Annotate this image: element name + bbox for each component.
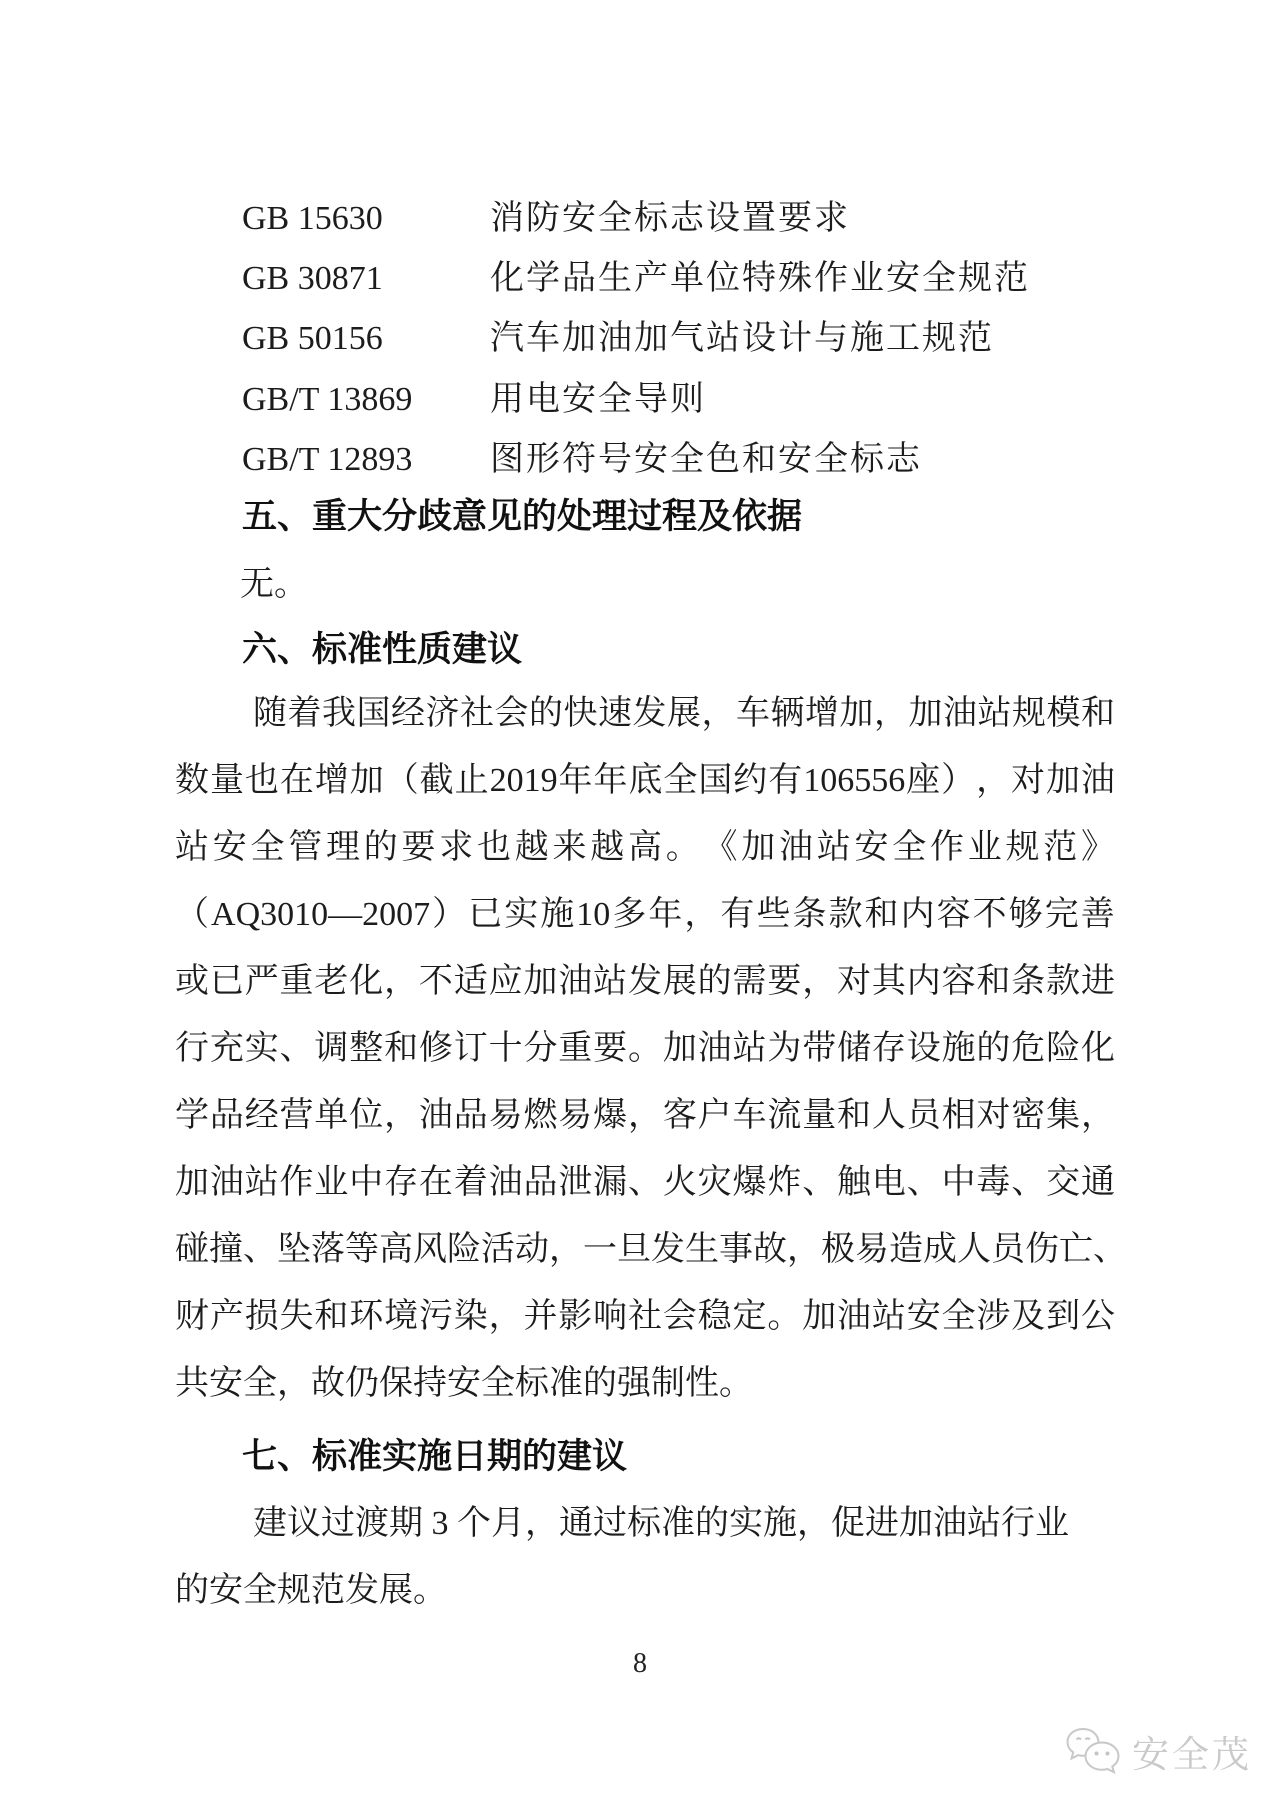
paragraph-line: 共安全，故仍保持安全标准的强制性。 <box>175 1360 1115 1408</box>
section7-heading: 七、标准实施日期的建议 <box>242 1433 627 1481</box>
document-page: GB 15630 消防安全标志设置要求 GB 30871 化学品生产单位特殊作业… <box>0 0 1280 1810</box>
standard-code: GB 50156 <box>242 315 383 363</box>
standard-title: 图形符号安全色和安全标志 <box>490 436 922 484</box>
paragraph-line: 的安全规范发展。 <box>175 1567 1115 1615</box>
section6-heading: 六、标准性质建议 <box>242 626 522 674</box>
paragraph-line: 建议过渡期 3 个月，通过标准的实施，促进加油站行业 <box>175 1500 1115 1548</box>
standard-title: 汽车加油加气站设计与施工规范 <box>490 315 994 363</box>
paragraph-line: 行充实、调整和修订十分重要。加油站为带储存设施的危险化 <box>175 1025 1115 1073</box>
page-number: 8 <box>0 1648 1280 1680</box>
paragraph-line: 加油站作业中存在着油品泄漏、火灾爆炸、触电、中毒、交通 <box>175 1159 1115 1207</box>
paragraph-line: 财产损失和环境污染，并影响社会稳定。加油站安全涉及到公 <box>175 1293 1115 1341</box>
standard-code: GB 15630 <box>242 195 383 243</box>
paragraph-line: （AQ3010—2007）已实施10多年，有些条款和内容不够完善 <box>175 891 1115 939</box>
paragraph-line: 或已严重老化，不适应加油站发展的需要，对其内容和条款进 <box>175 958 1115 1006</box>
standard-code: GB/T 13869 <box>242 376 412 424</box>
section5-heading: 五、重大分歧意见的处理过程及依据 <box>242 493 802 541</box>
paragraph-line: 数量也在增加（截止2019年年底全国约有106556座），对加油 <box>175 757 1115 805</box>
standard-code: GB/T 12893 <box>242 436 412 484</box>
section5-body: 无。 <box>175 561 1115 609</box>
standard-title: 消防安全标志设置要求 <box>490 195 850 243</box>
standard-title: 用电安全导则 <box>490 376 706 424</box>
watermark-brand: 安全茂 <box>1132 1724 1252 1778</box>
paragraph-line: 站安全管理的要求也越来越高。《加油站安全作业规范》 <box>175 824 1115 872</box>
standard-title: 化学品生产单位特殊作业安全规范 <box>490 255 1030 303</box>
paragraph-line: 随着我国经济社会的快速发展，车辆增加，加油站规模和 <box>175 690 1115 738</box>
paragraph-line: 学品经营单位，油品易燃易爆，客户车流量和人员相对密集， <box>175 1092 1115 1140</box>
watermark: 安全茂 <box>1064 1724 1252 1778</box>
standard-code: GB 30871 <box>242 255 383 303</box>
paragraph-line: 碰撞、坠落等高风险活动，一旦发生事故，极易造成人员伤亡、 <box>175 1226 1115 1274</box>
wechat-bubbles-icon <box>1064 1726 1122 1776</box>
